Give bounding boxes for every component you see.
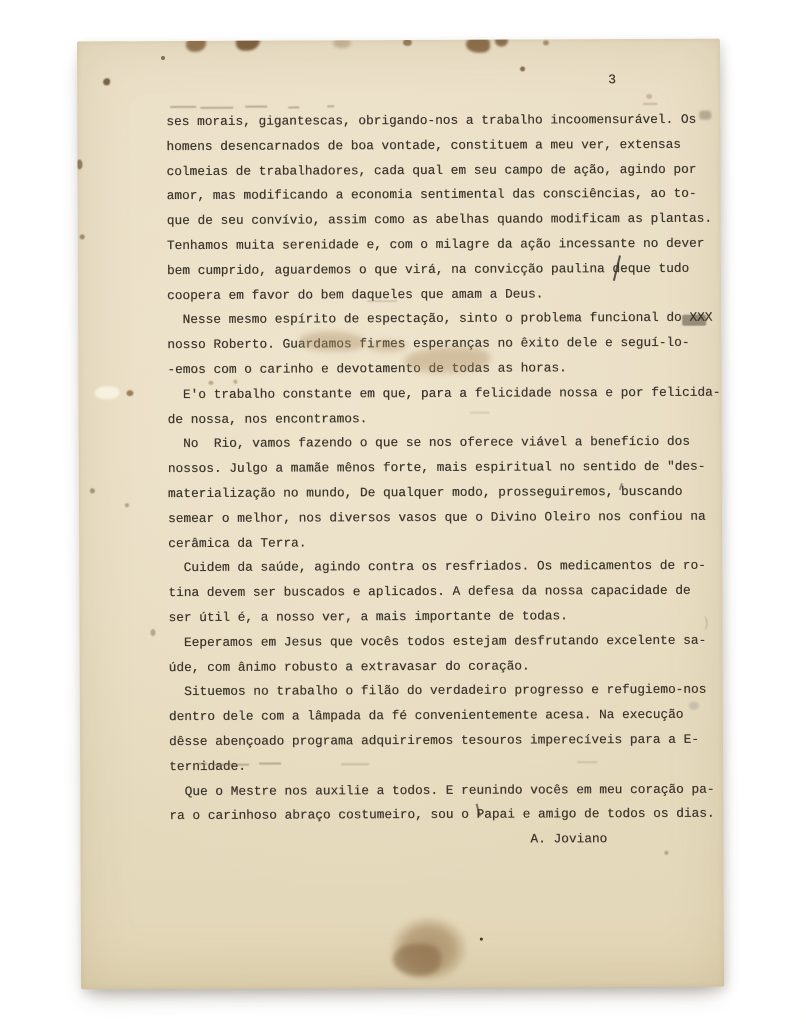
stain-right — [689, 702, 699, 710]
stain-top — [495, 39, 508, 47]
ink-speck — [161, 56, 165, 60]
letter-body: ses morais, gigantescas, obrigando-nos a… — [166, 108, 721, 830]
letter-line-26: dêsse abençoado programa adquiriremos te… — [169, 728, 721, 755]
letter-line-8: coopera em favor do bem daqueles que ama… — [167, 281, 719, 308]
faded-type-mark — [341, 763, 369, 765]
faded-type-mark — [245, 106, 267, 108]
faded-type-mark — [288, 106, 299, 108]
letter-line-9: Nesse mesmo espírito de espectação, sint… — [167, 306, 719, 333]
faded-type-mark — [367, 300, 397, 302]
stain-left-edge — [77, 159, 83, 169]
ink-speck — [520, 66, 525, 71]
letter-line-27: ternidade. — [169, 752, 721, 779]
letter-line-15: nossos. Julgo a mamãe mênos forte, mais … — [168, 455, 720, 482]
faded-type-mark — [470, 412, 490, 414]
faded-type-mark — [327, 105, 334, 107]
letter-line-28: Que o Mestre nos auxilie a todos. E reun… — [169, 777, 721, 804]
stain-top — [333, 39, 351, 49]
letter-line-18: cerâmica da Terra. — [168, 529, 720, 556]
faded-type-mark — [259, 763, 281, 765]
letter-line-16: materialização no mundo, De qualquer mod… — [168, 480, 720, 507]
letter-line-24: Situemos no trabalho o filão do verdadei… — [169, 678, 721, 705]
overtype-mark — [682, 315, 706, 326]
letter-line-5: que de seu convívio, assim como as abelh… — [167, 207, 719, 234]
faded-type-mark — [643, 103, 657, 105]
letter-line-17: semear o melhor, nos diversos vasos que … — [168, 504, 720, 531]
white-blob — [94, 386, 119, 399]
faded-type-mark — [577, 761, 597, 763]
stain-left-edge — [125, 503, 129, 507]
letter-line-4: amor, mas modificando a economia sentime… — [167, 182, 719, 209]
stain-smudge — [299, 331, 365, 351]
stain-left-edge — [103, 78, 110, 85]
stain-left-edge — [90, 488, 95, 493]
letter-line-19: Cuidem da saúde, agindo contra os resfri… — [168, 554, 720, 581]
stain-top — [236, 39, 260, 51]
faded-glyph-mark — [699, 111, 711, 120]
letter-line-22: Eeperamos em Jesus que vocês todos estej… — [169, 628, 721, 655]
letter-line-21: ser útil é, a nosso ver, a mais importan… — [168, 604, 720, 631]
ink-speck — [664, 851, 668, 855]
faded-type-mark — [213, 764, 249, 766]
letter-line-2: homens desencarnados de boa vontade, con… — [166, 132, 718, 159]
page-number: 3 — [608, 72, 616, 87]
letter-line-29: ra o carinhoso abraço costumeiro, sou o … — [169, 802, 721, 829]
signature: A. Joviano — [530, 827, 607, 852]
ink-speck — [233, 380, 237, 384]
ink-speck — [150, 629, 155, 636]
stain-top — [186, 39, 206, 52]
letter-line-13: de nossa, nos encontramos. — [168, 405, 720, 432]
ink-speck — [208, 381, 213, 385]
letter-line-14: No Rio, vamos fazendo o que se nos ofere… — [168, 430, 720, 457]
letter-line-1: ses morais, gigantescas, obrigando-nos a… — [166, 108, 718, 135]
letter-line-20: tina devem ser buscados e aplicados. A d… — [168, 579, 720, 606]
letter-line-6: Tenhamos muita serenidade e, com o milag… — [167, 232, 719, 259]
stain-top — [466, 39, 490, 53]
ink-speck — [646, 94, 652, 99]
letter-line-3: colmeias de trabalhadores, cada qual em … — [166, 157, 718, 184]
faded-type-mark — [170, 106, 196, 108]
ink-speck — [126, 390, 133, 396]
faded-type-mark — [200, 107, 233, 109]
letter-line-23: úde, com ânimo robusto a extravasar do c… — [169, 653, 721, 680]
letter-line-25: dentro dele com a lâmpada da fé convenie… — [169, 703, 721, 730]
letter-line-7: bem cumprido, aguardemos o que virá, na … — [167, 256, 719, 283]
stain-top — [543, 40, 549, 45]
stain-right — [698, 616, 707, 631]
stain-bottom — [393, 944, 441, 976]
photo-backdrop: 3 ses morais, gigantescas, obrigando-nos… — [0, 0, 806, 1024]
faded-type-mark — [197, 763, 207, 765]
ink-speck — [480, 938, 483, 941]
stain-left-edge — [80, 234, 85, 239]
letter-line-12: E'o trabalho constante em que, para a fe… — [167, 380, 719, 407]
stain-top — [403, 39, 412, 46]
letter-page: 3 ses morais, gigantescas, obrigando-nos… — [77, 39, 724, 990]
